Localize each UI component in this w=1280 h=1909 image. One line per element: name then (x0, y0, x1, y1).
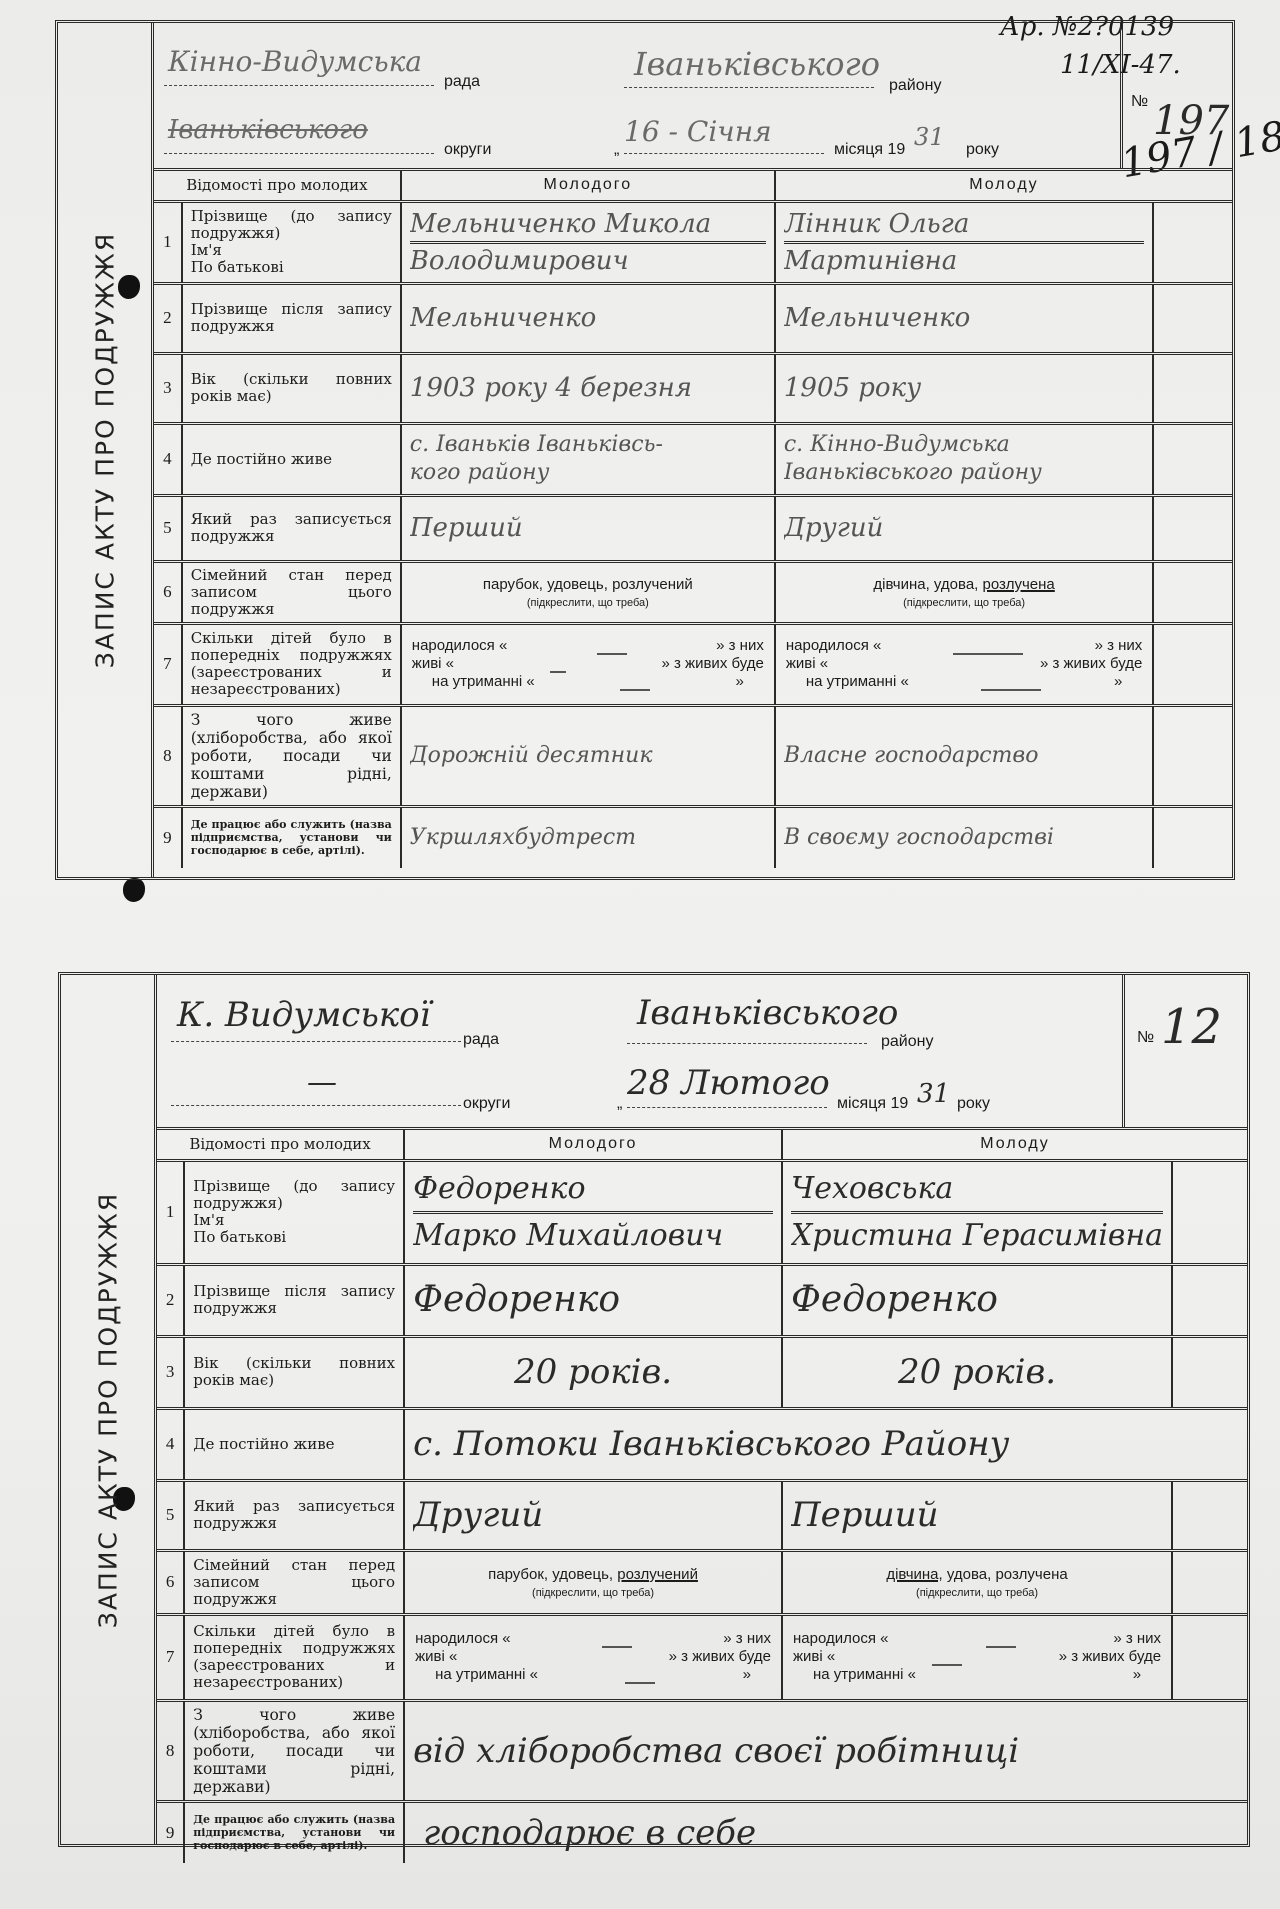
form-side-title: ЗАПИС АКТУ ПРО ПОДРУЖЖЯ (58, 23, 154, 877)
question-3: Вік (скільки повних років має) (184, 1336, 404, 1408)
empty-cell (1153, 353, 1232, 423)
row-number: 3 (157, 1336, 184, 1408)
bride-children: народилося «» з них живі «» з живих буде… (782, 1614, 1172, 1700)
kids-label: на утриманні « (813, 1666, 916, 1684)
question-5: Який раз записується подружжя (182, 495, 401, 561)
kids-label: » (1133, 1666, 1141, 1684)
question-4: Де постійно живе (182, 423, 401, 495)
number-sign: № (1137, 1029, 1154, 1047)
kids-label: » з них (716, 637, 764, 655)
row-number: 2 (154, 283, 182, 353)
kids-label: живі « (786, 655, 828, 673)
year-label: року (957, 1095, 990, 1113)
handwritten-text: Перший (410, 511, 766, 545)
bride-marriage-count: Перший (782, 1480, 1172, 1550)
row-number: 4 (154, 423, 182, 495)
number-sign: № (1131, 93, 1148, 111)
rada-line (171, 1041, 461, 1042)
raion-label: району (881, 1033, 933, 1051)
question-1: Прізвище (до запису подружжя) Ім'я По ба… (182, 201, 401, 283)
shared-livelihood: від хліборобства своєї робітниці (404, 1700, 1247, 1801)
groom-name-answer: Федоренко Марко Михайлович (404, 1160, 782, 1264)
empty-cell (1153, 283, 1232, 353)
kids-label: » з них (1113, 1630, 1161, 1648)
row-number: 1 (157, 1160, 184, 1264)
dash-mark (625, 1666, 655, 1684)
question-text: Ім'я (193, 1211, 224, 1229)
col-header-bride: Молоду (775, 171, 1232, 201)
bride-surname-after: Мельниченко (775, 283, 1153, 353)
question-9: Де працює або служить (назва підприємств… (182, 806, 401, 868)
question-5: Який раз записується подружжя (184, 1480, 404, 1550)
empty-cell (1153, 495, 1232, 561)
raion-value: Іваньківського (634, 45, 880, 83)
bride-marriage-count: Другий (775, 495, 1153, 561)
bride-age: 1905 року (775, 353, 1153, 423)
handwritten-text: 1905 року (784, 371, 1144, 405)
handwritten-text: Федоренко (413, 1276, 773, 1324)
question-2: Прізвище після запису подружжя (182, 283, 401, 353)
groom-residence: с. Іваньків Іваньківсь- кого району (401, 423, 775, 495)
status-hint: (підкреслити, що треба) (783, 1587, 1171, 1599)
row-number: 9 (157, 1801, 184, 1863)
question-7: Скільки дітей було в попередніх подружжя… (182, 623, 401, 705)
raion-value: Іваньківського (637, 993, 898, 1033)
okruhy-label: округи (444, 141, 491, 159)
okruhy-value: — (307, 1065, 337, 1100)
row-number: 7 (157, 1614, 184, 1700)
raion-line (624, 87, 874, 88)
marriage-record-form-1: ЗАПИС АКТУ ПРО ПОДРУЖЖЯ Кінно-Видумська … (55, 20, 1235, 880)
handwritten-text: Перший (791, 1492, 1163, 1538)
empty-cell (1153, 806, 1232, 868)
handwritten-text: Другий (413, 1492, 773, 1538)
shared-workplace: господарює в себе (404, 1801, 1247, 1863)
empty-cell (1172, 1264, 1247, 1336)
handwritten-text: Другий (784, 511, 1144, 545)
col-header-bride: Молоду (782, 1130, 1247, 1160)
dash-mark (986, 1630, 1016, 1648)
bride-marital-status: дівчина, удова, розлучена (підкреслити, … (782, 1550, 1172, 1614)
status-option: дівчина, (873, 576, 929, 593)
raion-label: району (889, 77, 941, 95)
dash-mark (953, 637, 1023, 655)
raion-line (627, 1043, 867, 1044)
month-label: місяця 19 (837, 1095, 908, 1113)
row-number: 7 (154, 623, 182, 705)
bride-workplace: В своєму господарстві (775, 806, 1153, 868)
groom-workplace: Укршляхбудтрест (401, 806, 775, 868)
rada-label: рада (444, 73, 480, 91)
date-value: 16 - Січня (624, 115, 772, 148)
record-table: Відомості про молодих Молодого Молоду 1 … (157, 1130, 1247, 1863)
handwritten-text: Мартинівна (784, 244, 1144, 278)
okruhy-line (171, 1105, 461, 1106)
groom-marriage-count: Перший (401, 495, 775, 561)
status-option-underlined: розлучена (983, 576, 1055, 593)
kids-label: народилося « (415, 1630, 511, 1648)
handwritten-text: кого району (410, 459, 766, 487)
question-text: Ім'я (191, 241, 222, 259)
status-option-underlined: дівчина, (886, 1566, 942, 1583)
bride-residence: с. Кінно-Видумська Іваньківського району (775, 423, 1153, 495)
record-number-box: № 197 (1120, 23, 1232, 168)
kids-label: живі « (415, 1648, 457, 1666)
quote-open: „ (617, 1095, 622, 1113)
empty-cell (1172, 1336, 1247, 1408)
groom-marital-status: парубок, удовець, розлучений (підкреслит… (401, 561, 775, 623)
rada-value: К. Видумської (177, 995, 430, 1035)
question-8: З чого живе (хліборобства, або якої робо… (182, 705, 401, 806)
year-value: 31 (914, 123, 945, 151)
handwritten-text: Чеховська (791, 1167, 1163, 1214)
row-number: 9 (154, 806, 182, 868)
record-number: 12 (1161, 999, 1222, 1055)
row-number: 3 (154, 353, 182, 423)
question-text: По батькові (193, 1228, 286, 1246)
handwritten-text: Мельниченко (784, 301, 1144, 335)
empty-cell (1153, 201, 1232, 283)
status-option: розлучена (995, 1566, 1067, 1583)
handwritten-text: Мельниченко (410, 301, 766, 335)
dash-mark (602, 1630, 632, 1648)
year-label: року (966, 141, 999, 159)
status-hint: (підкреслити, що треба) (402, 597, 774, 609)
groom-surname-after: Федоренко (404, 1264, 782, 1336)
col-header-info: Відомості про молодих (154, 171, 401, 201)
groom-livelihood: Дорожній десятник (401, 705, 775, 806)
dash-mark (550, 655, 566, 673)
row-number: 8 (154, 705, 182, 806)
bride-surname-after: Федоренко (782, 1264, 1172, 1336)
kids-label: » (1114, 673, 1122, 691)
handwritten-text: Христина Герасимівна (791, 1214, 1163, 1258)
question-8: З чого живе (хліборобства, або якої робо… (184, 1700, 404, 1801)
handwritten-text: 1903 року 4 березня (410, 371, 766, 405)
handwritten-text: Федоренко (413, 1167, 773, 1214)
kids-label: народилося « (412, 637, 508, 655)
handwritten-text: с. Потоки Іваньківського Району (413, 1421, 1239, 1467)
groom-age: 20 років. (404, 1336, 782, 1408)
row-number: 4 (157, 1408, 184, 1480)
handwritten-text: 20 років. (413, 1349, 773, 1395)
col-header-info: Відомості про молодих (157, 1130, 404, 1160)
month-label: місяця 19 (834, 141, 905, 159)
status-hint: (підкреслити, що треба) (776, 597, 1152, 609)
kids-label: » (736, 673, 744, 691)
form-side-title: ЗАПИС АКТУ ПРО ПОДРУЖЖЯ (61, 975, 157, 1844)
question-text: Прізвище (до запису подружжя) (191, 207, 392, 242)
quote-open: „ (614, 141, 619, 159)
dash-mark (932, 1648, 962, 1666)
dash-mark (620, 673, 650, 691)
marriage-record-form-2: ЗАПИС АКТУ ПРО ПОДРУЖЖЯ К. Видумської ра… (58, 972, 1250, 1847)
row-number: 5 (157, 1480, 184, 1550)
question-3: Вік (скільки повних років має) (182, 353, 401, 423)
kids-label: » з живих буде (1059, 1648, 1161, 1666)
handwritten-text: господарює в себе (413, 1810, 1239, 1856)
kids-label: » з живих буде (1040, 655, 1142, 673)
kids-label: » з живих буде (669, 1648, 771, 1666)
kids-label: » з живих буде (662, 655, 764, 673)
kids-label: народилося « (793, 1630, 889, 1648)
question-2: Прізвище після запису подружжя (184, 1264, 404, 1336)
row-number: 2 (157, 1264, 184, 1336)
bride-name-answer: Чеховська Христина Герасимівна (782, 1160, 1172, 1264)
groom-marital-status: парубок, удовець, розлучений (підкреслит… (404, 1550, 782, 1614)
okruhy-label: округи (463, 1095, 510, 1113)
handwritten-text: Федоренко (791, 1276, 1163, 1324)
row-number: 8 (157, 1700, 184, 1801)
empty-cell (1172, 1480, 1247, 1550)
handwritten-text: Іваньківського району (784, 459, 1144, 487)
rada-label: рада (463, 1031, 499, 1049)
status-hint: (підкреслити, що треба) (405, 1587, 781, 1599)
status-option: удовець, (547, 576, 608, 593)
status-option: розлучений (612, 576, 693, 593)
question-4: Де постійно живе (184, 1408, 404, 1480)
row-number: 6 (154, 561, 182, 623)
question-6: Сімейний стан перед записом цього подруж… (184, 1550, 404, 1614)
row-number: 6 (157, 1550, 184, 1614)
handwritten-text: Власне господарство (784, 739, 1144, 773)
scanned-page: Ар. №2?0139 11/XI-47. 197 / 188 ЗАПИС АК… (0, 0, 1280, 1909)
handwritten-text: Укршляхбудтрест (410, 821, 766, 855)
punch-hole-mark (123, 878, 145, 902)
okruhy-line (164, 153, 434, 154)
empty-cell (1153, 623, 1232, 705)
question-7: Скільки дітей було в попередніх подружжя… (184, 1614, 404, 1700)
handwritten-text: Лінник Ольга (784, 207, 1144, 244)
empty-cell (1153, 561, 1232, 623)
record-table: Відомості про молодих Молодого Молоду 1 … (154, 171, 1232, 868)
handwritten-text: Дорожній десятник (410, 739, 766, 773)
handwritten-text: від хліборобства своєї робітниці (413, 1728, 1239, 1774)
bride-livelihood: Власне господарство (775, 705, 1153, 806)
groom-children: народилося «» з них живі «» з живих буде… (404, 1614, 782, 1700)
shared-residence: с. Потоки Іваньківського Району (404, 1408, 1247, 1480)
groom-marriage-count: Другий (404, 1480, 782, 1550)
row-number: 1 (154, 201, 182, 283)
rada-value: Кінно-Видумська (168, 45, 422, 78)
date-line (627, 1107, 827, 1108)
handwritten-text: Марко Михайлович (413, 1214, 773, 1258)
bride-age: 20 років. (782, 1336, 1172, 1408)
kids-label: » (743, 1666, 751, 1684)
empty-cell (1172, 1614, 1247, 1700)
handwritten-text: Володимирович (410, 244, 766, 278)
empty-cell (1172, 1160, 1247, 1264)
kids-label: на утриманні « (432, 673, 535, 691)
rada-line (164, 85, 434, 86)
record-header: К. Видумської рада Іваньківського району… (157, 975, 1247, 1130)
question-6: Сімейний стан перед записом цього подруж… (182, 561, 401, 623)
empty-cell (1172, 1550, 1247, 1614)
kids-label: народилося « (786, 637, 882, 655)
empty-cell (1153, 705, 1232, 806)
bride-children: народилося «» з них живі «» з живих буде… (775, 623, 1153, 705)
okruhy-value: Іваньківського (168, 115, 368, 145)
record-number-box: № 12 (1122, 975, 1247, 1127)
kids-label: живі « (412, 655, 454, 673)
record-number: 197 (1153, 98, 1229, 144)
kids-label: » з них (723, 1630, 771, 1648)
col-header-groom: Молодого (404, 1130, 782, 1160)
groom-name-answer: Мельниченко Микола Володимирович (401, 201, 775, 283)
handwritten-text: с. Кінно-Видумська (784, 431, 1144, 459)
kids-label: на утриманні « (435, 1666, 538, 1684)
question-9: Де працює або служить (назва підприємств… (184, 1801, 404, 1863)
row-number: 5 (154, 495, 182, 561)
handwritten-text: Мельниченко Микола (410, 207, 766, 244)
handwritten-text: с. Іваньків Іваньківсь- (410, 431, 766, 459)
year-value: 31 (917, 1079, 950, 1109)
groom-age: 1903 року 4 березня (401, 353, 775, 423)
bride-marital-status: дівчина, удова, розлучена (підкреслити, … (775, 561, 1153, 623)
col-header-groom: Молодого (401, 171, 775, 201)
kids-label: на утриманні « (806, 673, 909, 691)
groom-surname-after: Мельниченко (401, 283, 775, 353)
status-option-underlined: розлучений (617, 1566, 698, 1583)
handwritten-text: 20 років. (791, 1349, 1163, 1395)
side-title-text: ЗАПИС АКТУ ПРО ПОДРУЖЖЯ (90, 232, 119, 668)
empty-cell (1153, 423, 1232, 495)
question-text: Прізвище (до запису подружжя) (193, 1177, 395, 1212)
question-1: Прізвище (до запису подружжя) Ім'я По ба… (184, 1160, 404, 1264)
kids-label: живі « (793, 1648, 835, 1666)
date-line (624, 153, 824, 154)
status-option: удова, (947, 1566, 991, 1583)
dash-mark (597, 637, 627, 655)
question-text: По батькові (191, 258, 284, 276)
kids-label: » з них (1095, 637, 1143, 655)
groom-children: народилося «» з них живі «» з живих буде… (401, 623, 775, 705)
status-option: парубок, (488, 1566, 548, 1583)
bride-name-answer: Лінник Ольга Мартинівна (775, 201, 1153, 283)
dash-mark (981, 673, 1041, 691)
status-option: парубок, (483, 576, 543, 593)
status-option: удовець, (552, 1566, 613, 1583)
status-option: удова, (934, 576, 978, 593)
handwritten-text: В своєму господарстві (784, 821, 1144, 855)
date-value: 28 Лютого (627, 1063, 830, 1103)
record-header: Кінно-Видумська рада Іваньківського райо… (154, 23, 1232, 171)
side-title-text: ЗАПИС АКТУ ПРО ПОДРУЖЖЯ (93, 1191, 122, 1627)
